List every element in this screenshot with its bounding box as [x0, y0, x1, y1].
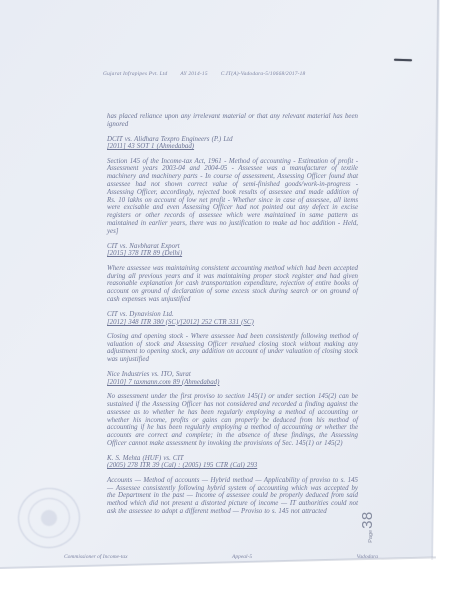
intro-paragraph: has placed reliance upon any irrelevant … [107, 113, 358, 129]
citation-summary: Closing and opening stock - Where assess… [107, 333, 358, 364]
page-footer: Commissioner of Income-tax Appeal-5 Vado… [64, 554, 378, 560]
citation-case-name: CIT vs. Navbharat Export [107, 243, 358, 251]
header-case-name: Gujarat Infrapipes Pvt. Ltd [103, 71, 167, 77]
citation-summary: Accounts — Method of accounts — Hybrid m… [107, 477, 358, 516]
page-header: Gujarat Infrapipes Pvt. Ltd AY 2014-15 C… [103, 71, 305, 77]
citation-summary: No assessment under the first proviso to… [107, 393, 358, 448]
citation-block: CIT vs. Navbharat Export [2015] 378 ITR … [107, 243, 358, 259]
page-number-value: 38 [359, 511, 376, 529]
citation-summary: Where assessee was maintaining consisten… [107, 265, 358, 304]
page-number-stamp: Page 38 [359, 505, 389, 549]
citation-reference: [2015] 378 ITR 89 (Delhi) [107, 250, 358, 258]
citation-reference: [2010] 7 taxmann.com 89 (Ahmedabad) [107, 379, 358, 387]
citation-case-name: K. S. Mehta (HUF) vs. CIT [107, 455, 358, 463]
header-appeal-reference: C.IT(A)-Vadodara-5/10668/2017-18 [221, 71, 306, 77]
document-body: has placed reliance upon any irrelevant … [107, 113, 358, 523]
scanned-document: Gujarat Infrapipes Pvt. Ltd AY 2014-15 C… [0, 0, 473, 598]
page-number-prefix: Page [368, 530, 374, 543]
citation-reference: [2012] 348 ITR 380 (SC)/[2012] 252 CTR 3… [107, 319, 358, 327]
citation-block: Nice Industries vs. ITO, Surat [2010] 7 … [107, 371, 358, 387]
citation-summary: Section 145 of the Income-tax Act, 1961 … [107, 158, 358, 236]
footer-authority: Commissioner of Income-tax [64, 554, 128, 560]
footer-appeal-number: Appeal-5 [232, 554, 252, 560]
citation-reference: [2011] 43 SOT 1 (Ahmedabad) [107, 143, 358, 151]
citation-reference: (2005) 278 ITR 39 (Cal) : (2005) 195 CTR… [107, 462, 358, 470]
citation-case-name: Nice Industries vs. ITO, Surat [107, 371, 358, 379]
citation-case-name: CIT vs. Dynavision Ltd. [107, 311, 358, 319]
header-assessment-year: AY 2014-15 [180, 71, 207, 77]
citation-block: DCIT vs. Alidhara Texpro Engineers (P.) … [107, 136, 358, 152]
citation-block: K. S. Mehta (HUF) vs. CIT (2005) 278 ITR… [107, 455, 358, 471]
citation-block: CIT vs. Dynavision Ltd. [2012] 348 ITR 3… [107, 311, 358, 327]
citation-case-name: DCIT vs. Alidhara Texpro Engineers (P.) … [107, 136, 358, 144]
footer-location: Vadodara [357, 554, 378, 560]
